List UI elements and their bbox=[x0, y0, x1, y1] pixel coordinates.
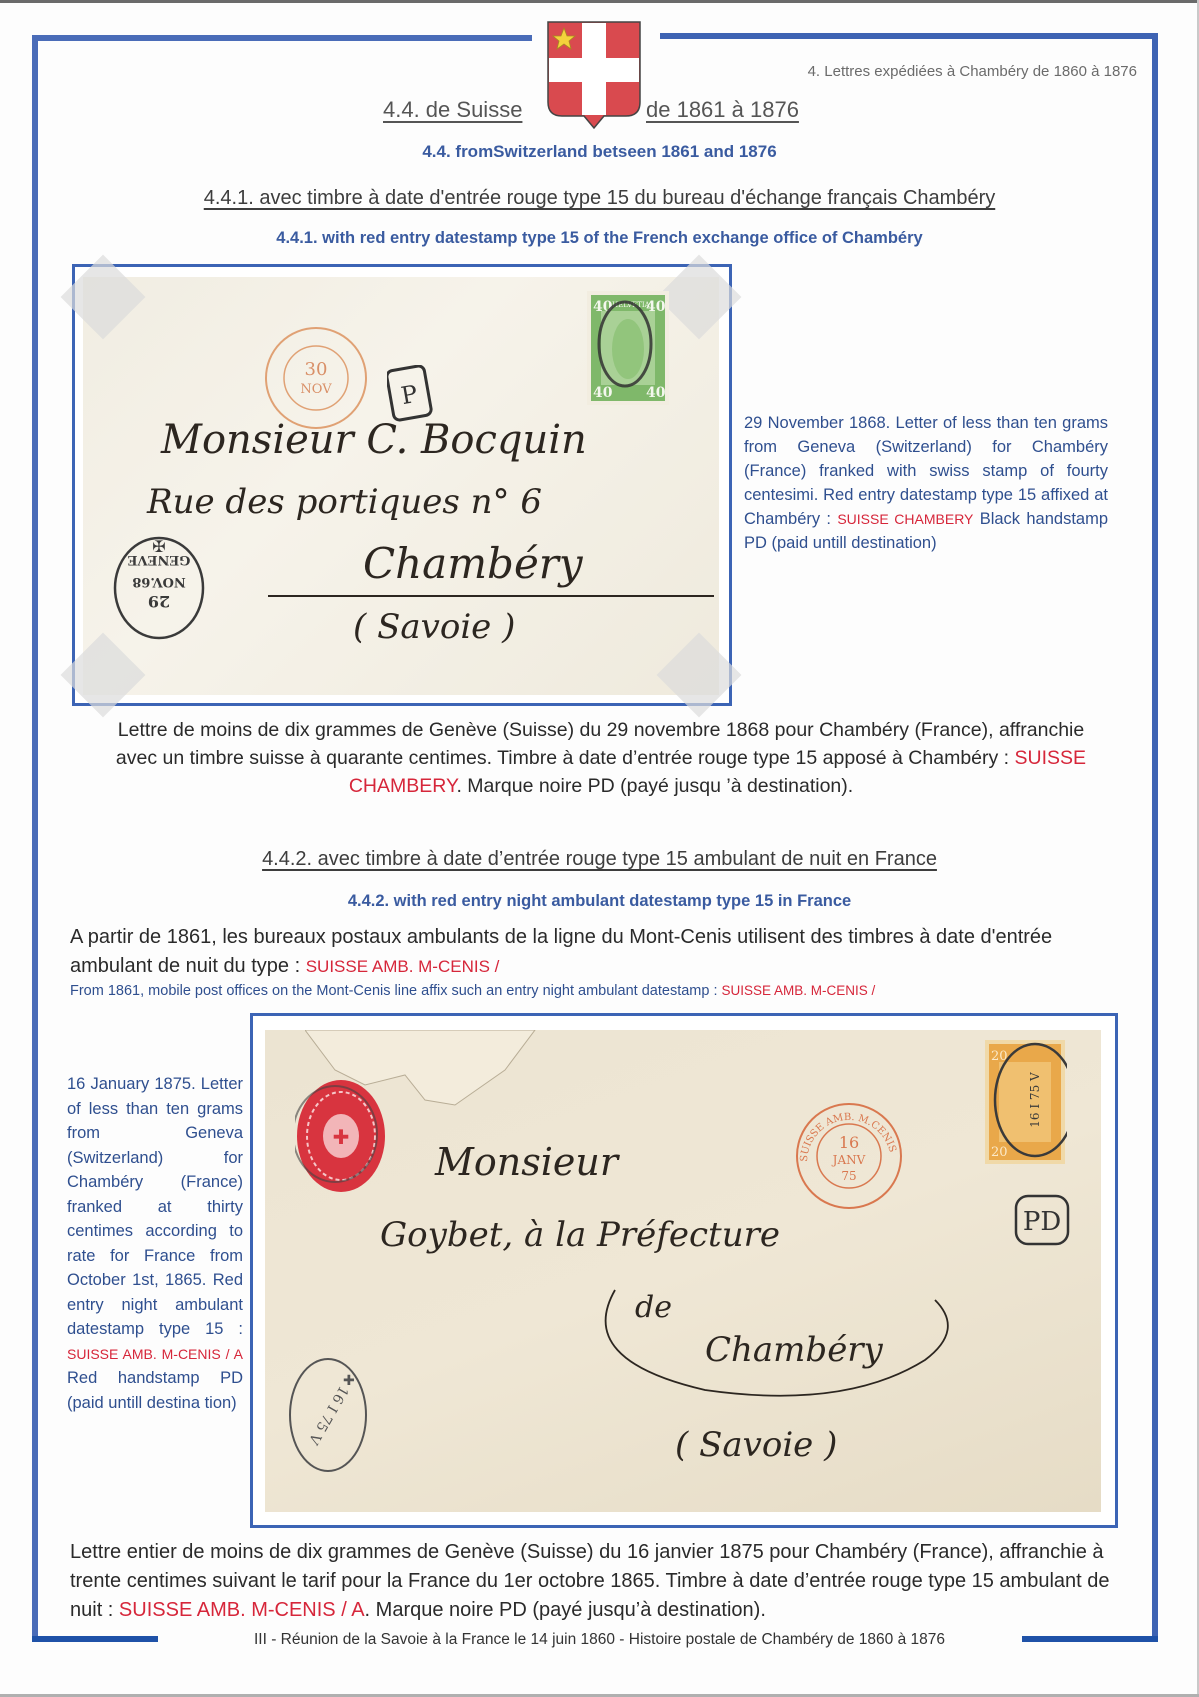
highlight-red: SUISSE CHAMBERY bbox=[837, 511, 973, 527]
svg-text:29: 29 bbox=[148, 592, 170, 611]
address-line: Monsieur bbox=[435, 1140, 618, 1184]
address-line: Rue des portiques n° 6 bbox=[147, 482, 542, 522]
page-title-right: de 1861 à 1876 bbox=[646, 97, 799, 123]
swiss-stamp-20c: 20 20 16 I 75 V bbox=[983, 1038, 1067, 1166]
section-2-title: 4.4.2. avec timbre à date d’entrée rouge… bbox=[0, 848, 1199, 871]
geneve-departure-datestamp: 29 NOV.68 GENEVE ✠ bbox=[111, 532, 207, 642]
photo-corner bbox=[61, 255, 146, 340]
photo-corner bbox=[657, 633, 742, 718]
svg-text:16: 16 bbox=[839, 1133, 859, 1152]
svg-text:NOV.68: NOV.68 bbox=[132, 574, 185, 589]
cover-image-2: ✚ 20 20 16 I 75 V 16 JANV 75 SUISSE AMB.… bbox=[250, 1013, 1118, 1528]
envelope: 40 40 40 40 HELVETIA 30 NOV P 29 NOV.68 bbox=[83, 277, 719, 695]
highlight-red: SUISSE AMB. M-CENIS / bbox=[306, 957, 500, 976]
page-edge bbox=[0, 0, 1199, 3]
address-line: Chambéry bbox=[363, 539, 583, 588]
frame-border-right bbox=[1152, 33, 1158, 1641]
pd-handstamp: PD bbox=[1012, 1192, 1072, 1250]
photo-corner bbox=[61, 633, 146, 718]
red-entry-datestamp-suisse-amb-m-cenis: 16 JANV 75 SUISSE AMB. M.CENIS bbox=[793, 1092, 905, 1220]
address-line: Monsieur C. Bocquin bbox=[161, 417, 587, 463]
cover-2-caption-fr: Lettre entier de moins de dix grammes de… bbox=[70, 1538, 1130, 1625]
svg-text:75: 75 bbox=[841, 1169, 856, 1183]
svg-text:✠: ✠ bbox=[152, 539, 165, 556]
section-1-title-en: 4.4.1. with red entry datestamp type 15 … bbox=[0, 229, 1199, 248]
page-title-left: 4.4. de Suisse bbox=[383, 97, 522, 123]
svg-text:30: 30 bbox=[305, 359, 328, 380]
section-2-title-en: 4.4.2. with red entry night ambulant dat… bbox=[0, 892, 1199, 911]
geneve-departure-datestamp: 16 I 75 V ✚ bbox=[285, 1355, 371, 1475]
svg-text:16 I 75 V: 16 I 75 V bbox=[1028, 1072, 1042, 1128]
svg-text:P: P bbox=[399, 380, 420, 410]
page-footer: III - Réunion de la Savoie à la France l… bbox=[0, 1631, 1199, 1649]
svg-text:16 I 75 V: 16 I 75 V bbox=[304, 1383, 351, 1448]
highlight-red: SUISSE AMB. M-CENIS / A bbox=[119, 1599, 365, 1621]
address-line: ( Savoie ) bbox=[353, 607, 515, 647]
svg-text:PD: PD bbox=[1023, 1207, 1061, 1237]
handwriting-flourish bbox=[585, 1280, 965, 1410]
section-2-intro-fr: A partir de 1861, les bureaux postaux am… bbox=[70, 923, 1130, 981]
frame-border-top bbox=[660, 33, 1158, 39]
svg-text:✚: ✚ bbox=[333, 1127, 350, 1149]
svg-text:40: 40 bbox=[593, 299, 613, 315]
cover-image-1: 40 40 40 40 HELVETIA 30 NOV P 29 NOV.68 bbox=[72, 264, 732, 706]
svg-text:NOV: NOV bbox=[300, 382, 332, 397]
chapter-heading: 4. Lettres expédiées à Chambéry de 1860 … bbox=[808, 63, 1137, 80]
address-line: ( Savoie ) bbox=[675, 1425, 837, 1465]
frame-border-top bbox=[32, 35, 532, 41]
highlight-red: SUISSE AMB. M-CENIS / A bbox=[67, 1346, 243, 1362]
svg-text:✚: ✚ bbox=[343, 1372, 355, 1388]
address-line: Goybet, à la Préfecture bbox=[380, 1215, 780, 1255]
address-underline bbox=[268, 595, 714, 597]
envelope: ✚ 20 20 16 I 75 V 16 JANV 75 SUISSE AMB.… bbox=[265, 1030, 1101, 1512]
svg-text:JANV: JANV bbox=[831, 1153, 866, 1167]
cover-1-caption-fr: Lettre de moins de dix grammes de Genève… bbox=[96, 716, 1106, 800]
section-2-intro-en: From 1861, mobile post offices on the Mo… bbox=[70, 983, 1150, 999]
svg-text:40: 40 bbox=[646, 385, 666, 401]
section-1-title: 4.4.1. avec timbre à date d'entrée rouge… bbox=[0, 187, 1199, 210]
page-title-en: 4.4. fromSwitzerland betseen 1861 and 18… bbox=[0, 142, 1199, 162]
svg-text:20: 20 bbox=[991, 1145, 1008, 1160]
frame-border-left bbox=[32, 35, 38, 1641]
pd-handstamp: P bbox=[387, 365, 433, 423]
swiss-stamp-40c: 40 40 40 40 HELVETIA bbox=[585, 289, 671, 407]
embossed-red-stamp: ✚ bbox=[295, 1078, 387, 1194]
highlight-red: SUISSE AMB. M-CENIS / bbox=[722, 983, 876, 998]
cover-1-caption-en: 29 November 1868. Letter of less than te… bbox=[744, 411, 1108, 555]
savoy-coat-of-arms-icon bbox=[546, 20, 642, 132]
cover-2-caption-en: 16 January 1875. Letter of less than ten… bbox=[67, 1072, 243, 1415]
svg-text:40: 40 bbox=[593, 385, 613, 401]
